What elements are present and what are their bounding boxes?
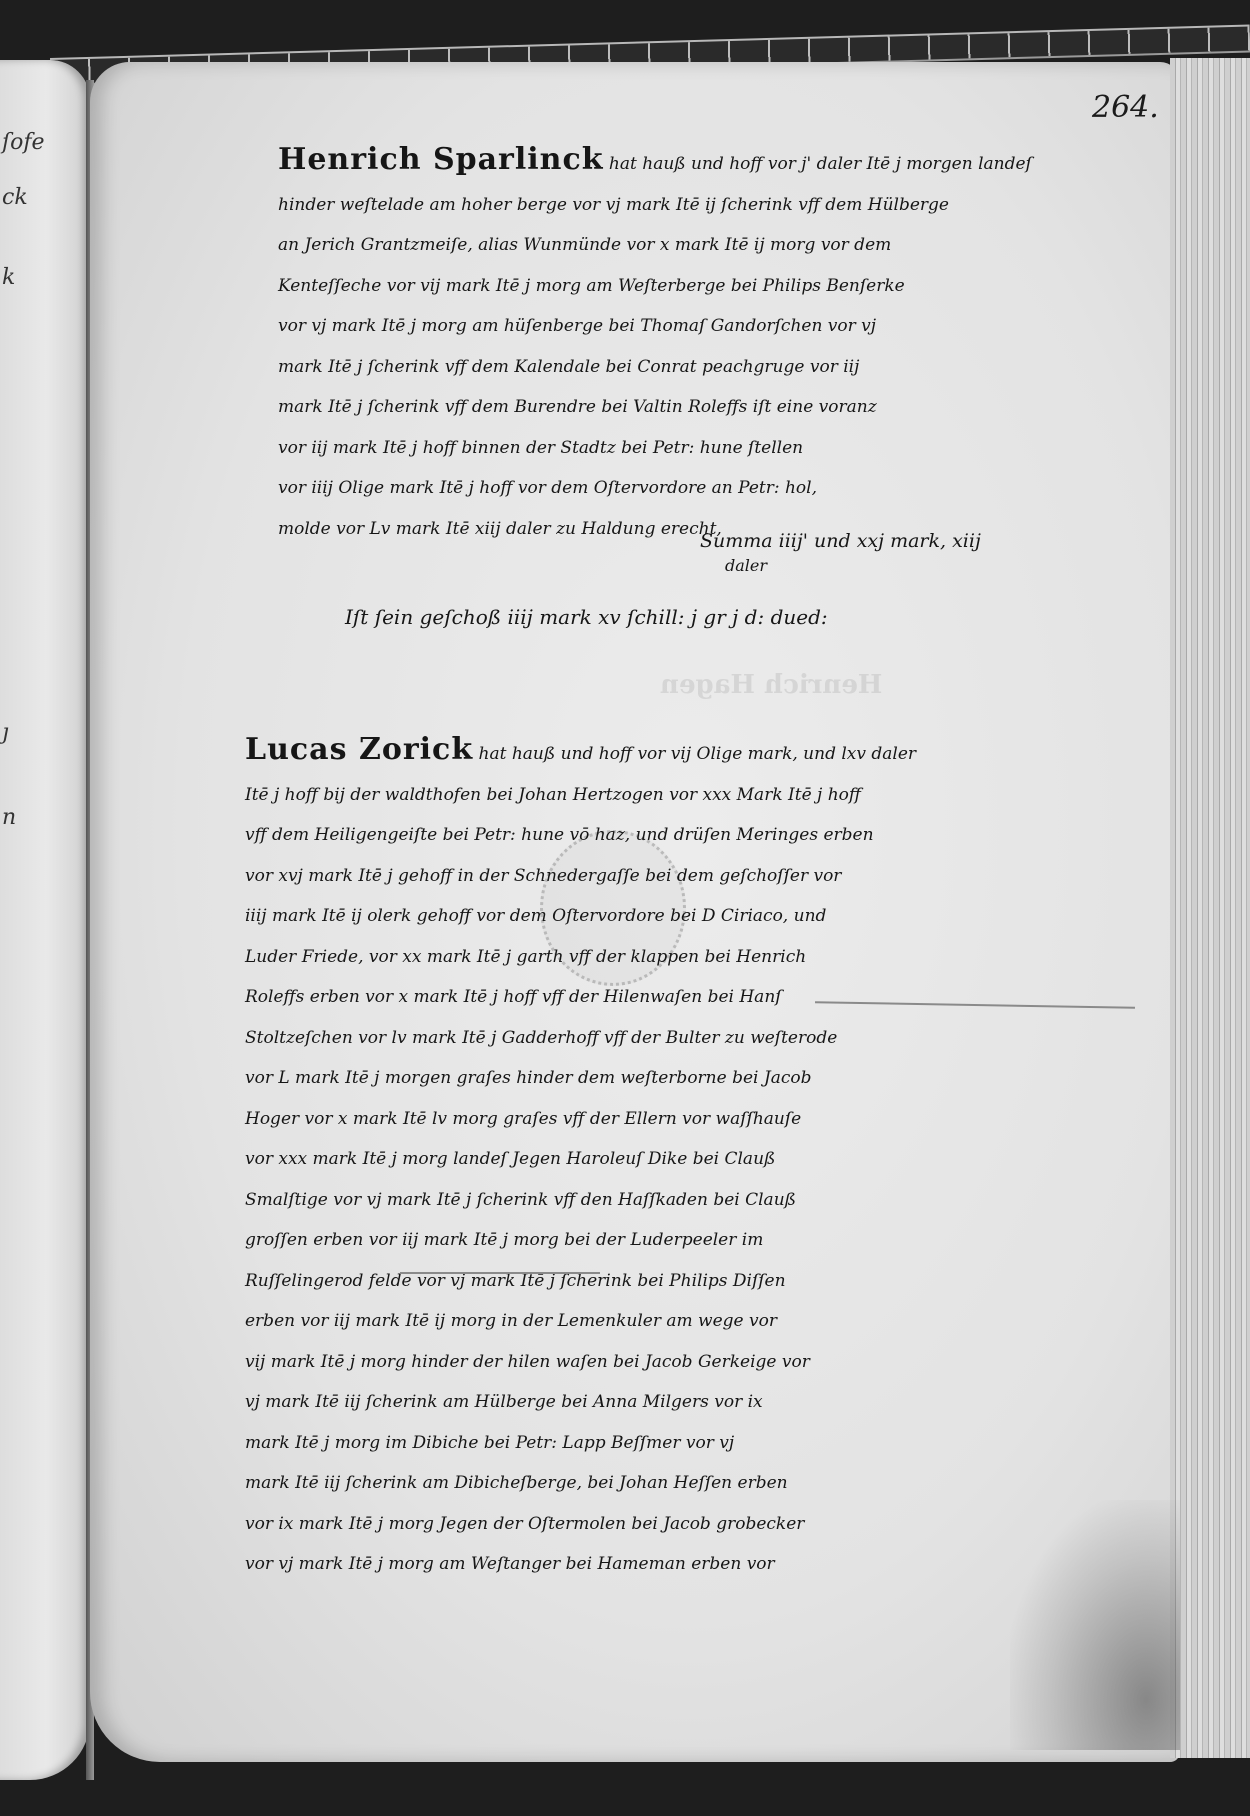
entry-line: Kenteſſeche vor vij mark Itē j morg am W… (278, 266, 1158, 307)
entry-line: vor vj mark Itē j morg am hüſenberge bei… (278, 306, 1158, 347)
entry-name: Henrich Sparlinck (278, 142, 604, 177)
entry-line: erben vor iij mark Itē ij morg in der Le… (245, 1301, 1145, 1342)
entry-line: vor ix mark Itē j morg Jegen der Oſtermo… (245, 1504, 1145, 1545)
entry-line: vor L mark Itē j morgen graſes hinder de… (245, 1058, 1145, 1099)
folio-number: 264. (1092, 90, 1159, 125)
page-edge-stack (1170, 58, 1250, 1758)
entry-text: hat hauß und hoff vor j' daler Itē j mor… (609, 154, 1032, 174)
summa-line-2: daler (725, 556, 767, 575)
entry-line: Stoltzeſchen vor lv mark Itē j Gadderhof… (245, 1018, 1145, 1059)
entry-line: vff dem Heiligengeiſte bei Petr: hune vō… (245, 815, 1145, 856)
entry-line: vor xvj mark Itē j gehoff in der Schnede… (245, 856, 1145, 897)
tax-line: Iſt ſein geſchoß iiij mark xv ſchill: j … (345, 605, 828, 629)
entry-line: vor iij mark Itē j hoff binnen der Stadt… (278, 428, 1158, 469)
entry-line: mark Itē j ſcherink vff dem Burendre bei… (278, 387, 1158, 428)
entry-line: Luder Friede, vor xx mark Itē j garth vf… (245, 937, 1145, 978)
show-through-text: Henrich Hagen (660, 670, 882, 700)
entry-line: vij mark Itē j morg hinder der hilen waſ… (245, 1342, 1145, 1383)
entry-line: vj mark Itē iij ſcherink am Hülberge bei… (245, 1382, 1145, 1423)
entry-line: hinder weſtelade am hoher berge vor vj m… (278, 185, 1158, 226)
entry-line: Hoger vor x mark Itē lv morg graſes vff … (245, 1099, 1145, 1140)
entry-line: Henrich Sparlinck hat hauß und hoff vor … (278, 140, 1158, 185)
entry-line: iiij mark Itē ij olerk gehoff vor dem Oſ… (245, 896, 1145, 937)
entry-line: Smalſtige vor vj mark Itē j ſcherink vff… (245, 1180, 1145, 1221)
left-margin-fragment: k (2, 265, 15, 290)
entry-line: vor xxx mark Itē j morg landeſ Jegen Har… (245, 1139, 1145, 1180)
entry-line: an Jerich Grantzmeiſe, alias Wunmünde vo… (278, 225, 1158, 266)
left-facing-page: ſofe ck k ȷ n (0, 60, 90, 1780)
entry-text: hat hauß und hoff vor vij Olige mark, un… (479, 744, 917, 764)
entry-line: vor vj mark Itē j morg am Weſtanger bei … (245, 1544, 1145, 1585)
summa-line: Summa iiij' und xxj mark, xiij (700, 530, 981, 552)
underline-mark (400, 1272, 600, 1274)
entry-line: Roleffs erben vor x mark Itē j hoff vff … (245, 977, 1145, 1018)
entry-henrich-sparlinck: Henrich Sparlinck hat hauß und hoff vor … (278, 140, 1158, 549)
entry-line: groſſen erben vor iij mark Itē j morg be… (245, 1220, 1145, 1261)
entry-line: mark Itē j ſcherink vff dem Kalendale be… (278, 347, 1158, 388)
entry-line: vor iiij Olige mark Itē j hoff vor dem O… (278, 468, 1158, 509)
left-margin-fragment: ȷ (2, 720, 9, 745)
entry-lucas-zorick: Lucas Zorick hat hauß und hoff vor vij O… (245, 730, 1145, 1585)
entry-line: Itē j hoff bij der waldthofen bei Johan … (245, 775, 1145, 816)
entry-line: Lucas Zorick hat hauß und hoff vor vij O… (245, 730, 1145, 775)
entry-line: mark Itē iij ſcherink am Dibicheſberge, … (245, 1463, 1145, 1504)
left-margin-fragment: ſofe (2, 130, 45, 155)
entry-line: mark Itē j morg im Dibiche bei Petr: Lap… (245, 1423, 1145, 1464)
left-margin-fragment: n (2, 805, 16, 830)
left-margin-fragment: ck (2, 185, 28, 210)
entry-line: Ruſſelingerod felde vor vj mark Itē j ſc… (245, 1261, 1145, 1302)
entry-name: Lucas Zorick (245, 732, 473, 767)
